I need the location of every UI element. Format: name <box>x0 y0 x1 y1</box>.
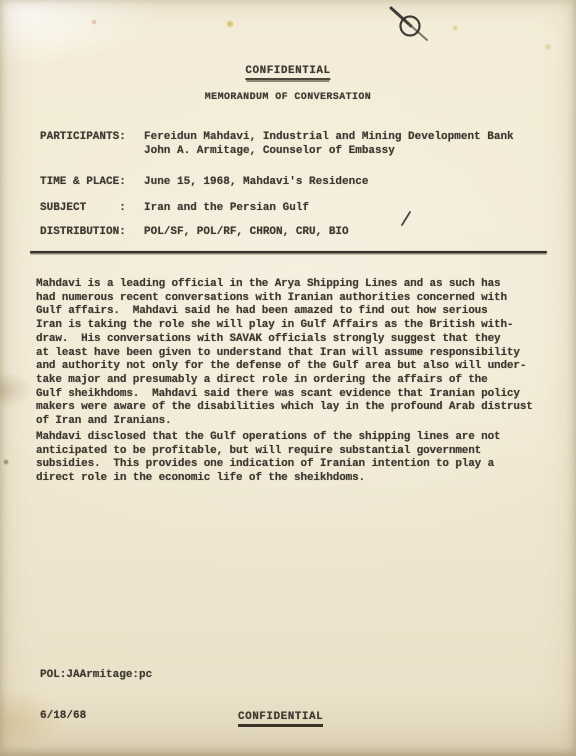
drafter-line: POL:JAArmitage:pc <box>40 669 152 683</box>
classification-stamp-top: CONFIDENTIAL <box>245 65 330 80</box>
distribution-row: DISTRIBUTION: POL/SF, POL/RF, CHRON, CRU… <box>40 226 514 240</box>
pen-circle-slash-mark-icon <box>383 6 437 50</box>
draft-date-line: 6/18/68 <box>40 710 152 724</box>
memo-header-fields: PARTICIPANTS: Fereidun Mahdavi, Industri… <box>40 131 514 240</box>
memo-scan-page: CONFIDENTIAL MEMORANDUM OF CONVERSATION … <box>0 0 576 756</box>
participants-label: PARTICIPANTS: <box>40 131 144 145</box>
distribution-value: POL/SF, POL/RF, CHRON, CRU, BIO <box>144 226 349 240</box>
pen-tick-icon <box>398 210 414 228</box>
divider-rule <box>30 251 547 253</box>
subject-row: SUBJECT : Iran and the Persian Gulf <box>40 202 514 216</box>
time-place-row: TIME & PLACE: June 15, 1968, Mahdavi's R… <box>40 176 514 190</box>
document-title: MEMORANDUM OF CONVERSATION <box>205 92 371 103</box>
participants-value: Fereidun Mahdavi, Industrial and Mining … <box>144 131 514 158</box>
body-paragraph-2: Mahdavi disclosed that the Gulf operatio… <box>36 431 500 486</box>
classification-stamp-bottom: CONFIDENTIAL <box>238 711 323 727</box>
time-place-value: June 15, 1968, Mahdavi's Residence <box>144 176 368 190</box>
subject-value: Iran and the Persian Gulf <box>144 202 309 216</box>
time-place-label: TIME & PLACE: <box>40 176 144 190</box>
subject-label: SUBJECT : <box>40 202 144 216</box>
body-paragraph-1: Mahdavi is a leading official in the Ary… <box>36 278 533 429</box>
drafting-signoff-block: POL:JAArmitage:pc 6/18/68 <box>40 642 152 750</box>
participants-row: PARTICIPANTS: Fereidun Mahdavi, Industri… <box>40 131 514 158</box>
distribution-label: DISTRIBUTION: <box>40 226 144 240</box>
